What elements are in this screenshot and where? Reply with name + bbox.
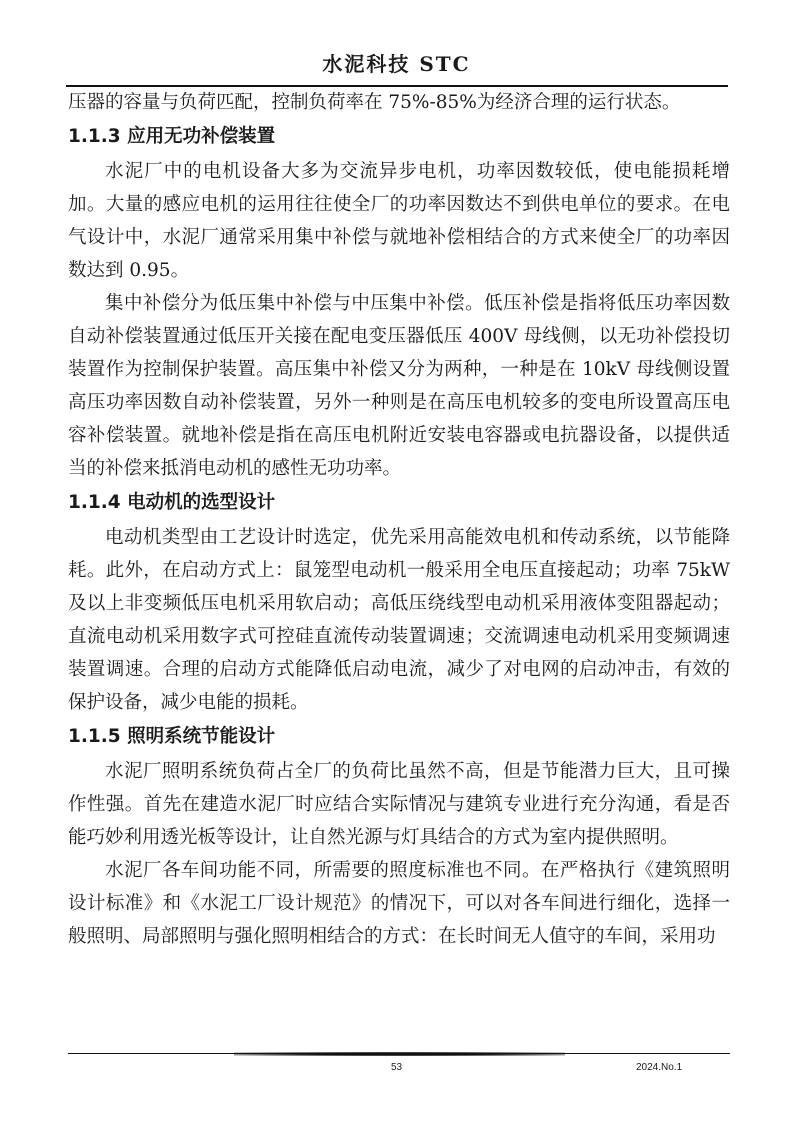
section-heading-1-1-5: 1.1.5 照明系统节能设计 [68, 719, 730, 755]
paragraph: 电动机类型由工艺设计时选定，优先采用高能效电机和传动系统，以节能降耗。此外，在启… [68, 521, 730, 719]
journal-title: 水泥科技 STC [0, 48, 793, 77]
paragraph: 集中补偿分为低压集中补偿与中压集中补偿。低压补偿是指将低压功率因数自动补偿装置通… [68, 287, 730, 485]
lead-paragraph: 压器的容量与负荷匹配，控制负荷率在 75%-85%为经济合理的运行状态。 [68, 86, 730, 119]
article-body: 压器的容量与负荷匹配，控制负荷率在 75%-85%为经济合理的运行状态。 1.1… [68, 86, 730, 953]
section-heading-1-1-4: 1.1.4 电动机的选型设计 [68, 485, 730, 521]
paragraph: 水泥厂照明系统负荷占全厂的负荷比虽然不高，但是节能潜力巨大，且可操作性强。首先在… [68, 755, 730, 854]
footer-divider [68, 1052, 730, 1056]
paragraph: 水泥厂各车间功能不同，所需要的照度标准也不同。在严格执行《建筑照明设计标准》和《… [68, 854, 730, 953]
issue-label: 2024.No.1 [636, 1062, 682, 1073]
section-heading-1-1-3: 1.1.3 应用无功补偿装置 [68, 119, 730, 155]
paragraph: 水泥厂中的电机设备大多为交流异步电机，功率因数较低，使电能损耗增加。大量的感应电… [68, 155, 730, 287]
